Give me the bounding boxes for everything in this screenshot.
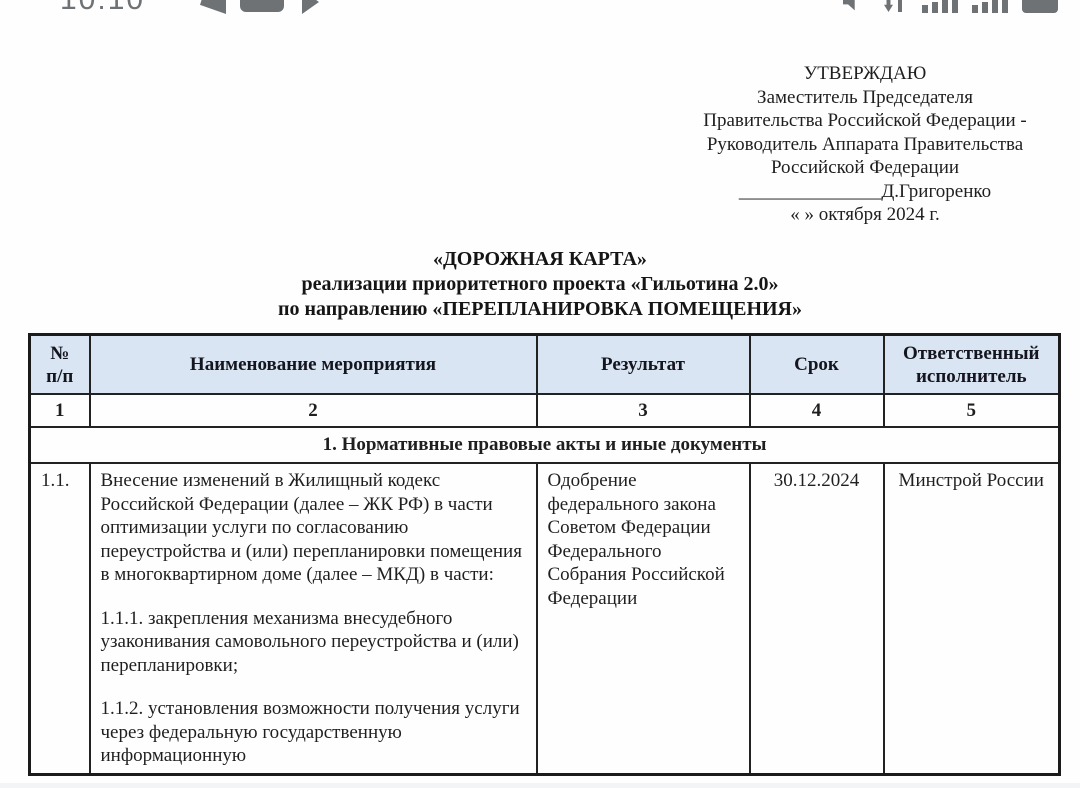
network-activity-icon (884, 0, 904, 14)
battery-icon (1022, 0, 1058, 13)
header-deadline: Срок (750, 335, 884, 395)
document-title-line: по направлению «ПЕРЕПЛАНИРОВКА ПОМЕЩЕНИЯ… (0, 297, 1080, 322)
media-play-icon (302, 0, 319, 14)
approval-signature-line: _______________Д.Григоренко (700, 180, 1030, 204)
document-title: «ДОРОЖНАЯ КАРТА» реализации приоритетног… (0, 247, 1080, 322)
status-bar: 10:10 (0, 0, 1080, 16)
approval-line: Правительства Российской Федерации - (700, 109, 1030, 133)
signal-bars-icon (922, 0, 966, 16)
header-num: № п/п (30, 335, 90, 395)
status-time: 10:10 (60, 0, 145, 16)
column-number-row: 1 2 3 4 5 (30, 394, 1060, 427)
document-title-line: «ДОРОЖНАЯ КАРТА» (0, 247, 1080, 272)
screenshot-root: 10:10 УТВЕРЖДАЮ Заместитель Председателя… (0, 0, 1080, 788)
approval-date-line: « » октября 2024 г. (700, 203, 1030, 227)
section-header-row: 1. Нормативные правовые акты и иные доку… (30, 427, 1060, 463)
approval-block: УТВЕРЖДАЮ Заместитель Председателя Прави… (700, 62, 1030, 227)
volume-icon (843, 0, 861, 12)
document-title-line: реализации приоритетного проекта «Гильот… (0, 272, 1080, 297)
row-deadline: 30.12.2024 (750, 463, 884, 774)
bottom-edge-strip (0, 783, 1080, 788)
column-number: 5 (884, 394, 1060, 427)
table-row: 1.1. Внесение изменений в Жилищный кодек… (30, 463, 1060, 774)
signal-bars-2-icon (972, 0, 1016, 16)
column-number: 1 (30, 394, 90, 427)
column-number: 4 (750, 394, 884, 427)
row-number: 1.1. (30, 463, 90, 774)
approval-line: Заместитель Председателя (700, 86, 1030, 110)
header-executor: Ответственный исполнитель (884, 335, 1060, 395)
approval-line: УТВЕРЖДАЮ (700, 62, 1030, 86)
notification-rounded-rect-icon (240, 0, 284, 12)
section-title: 1. Нормативные правовые акты и иные доку… (30, 427, 1060, 463)
activity-paragraph: Внесение изменений в Жилищный кодекс Рос… (101, 469, 526, 587)
header-result: Результат (537, 335, 750, 395)
activity-paragraph: 1.1.1. закрепления механизма внесудебног… (101, 607, 526, 678)
approval-line: Российской Федерации (700, 156, 1030, 180)
header-activity: Наименование мероприятия (90, 335, 537, 395)
approval-line: Руководитель Аппарата Правительства (700, 133, 1030, 157)
activity-paragraph: 1.1.2. установления возможности получени… (101, 697, 526, 768)
table-header-row: № п/п Наименование мероприятия Результат… (30, 335, 1060, 395)
roadmap-table: № п/п Наименование мероприятия Результат… (28, 333, 1061, 776)
row-executor: Минстрой России (884, 463, 1060, 774)
row-result: Одобрение федерального закона Советом Фе… (537, 463, 750, 774)
notification-triangle-left-icon (200, 0, 226, 14)
column-number: 2 (90, 394, 537, 427)
column-number: 3 (537, 394, 750, 427)
row-activity: Внесение изменений в Жилищный кодекс Рос… (90, 463, 537, 774)
